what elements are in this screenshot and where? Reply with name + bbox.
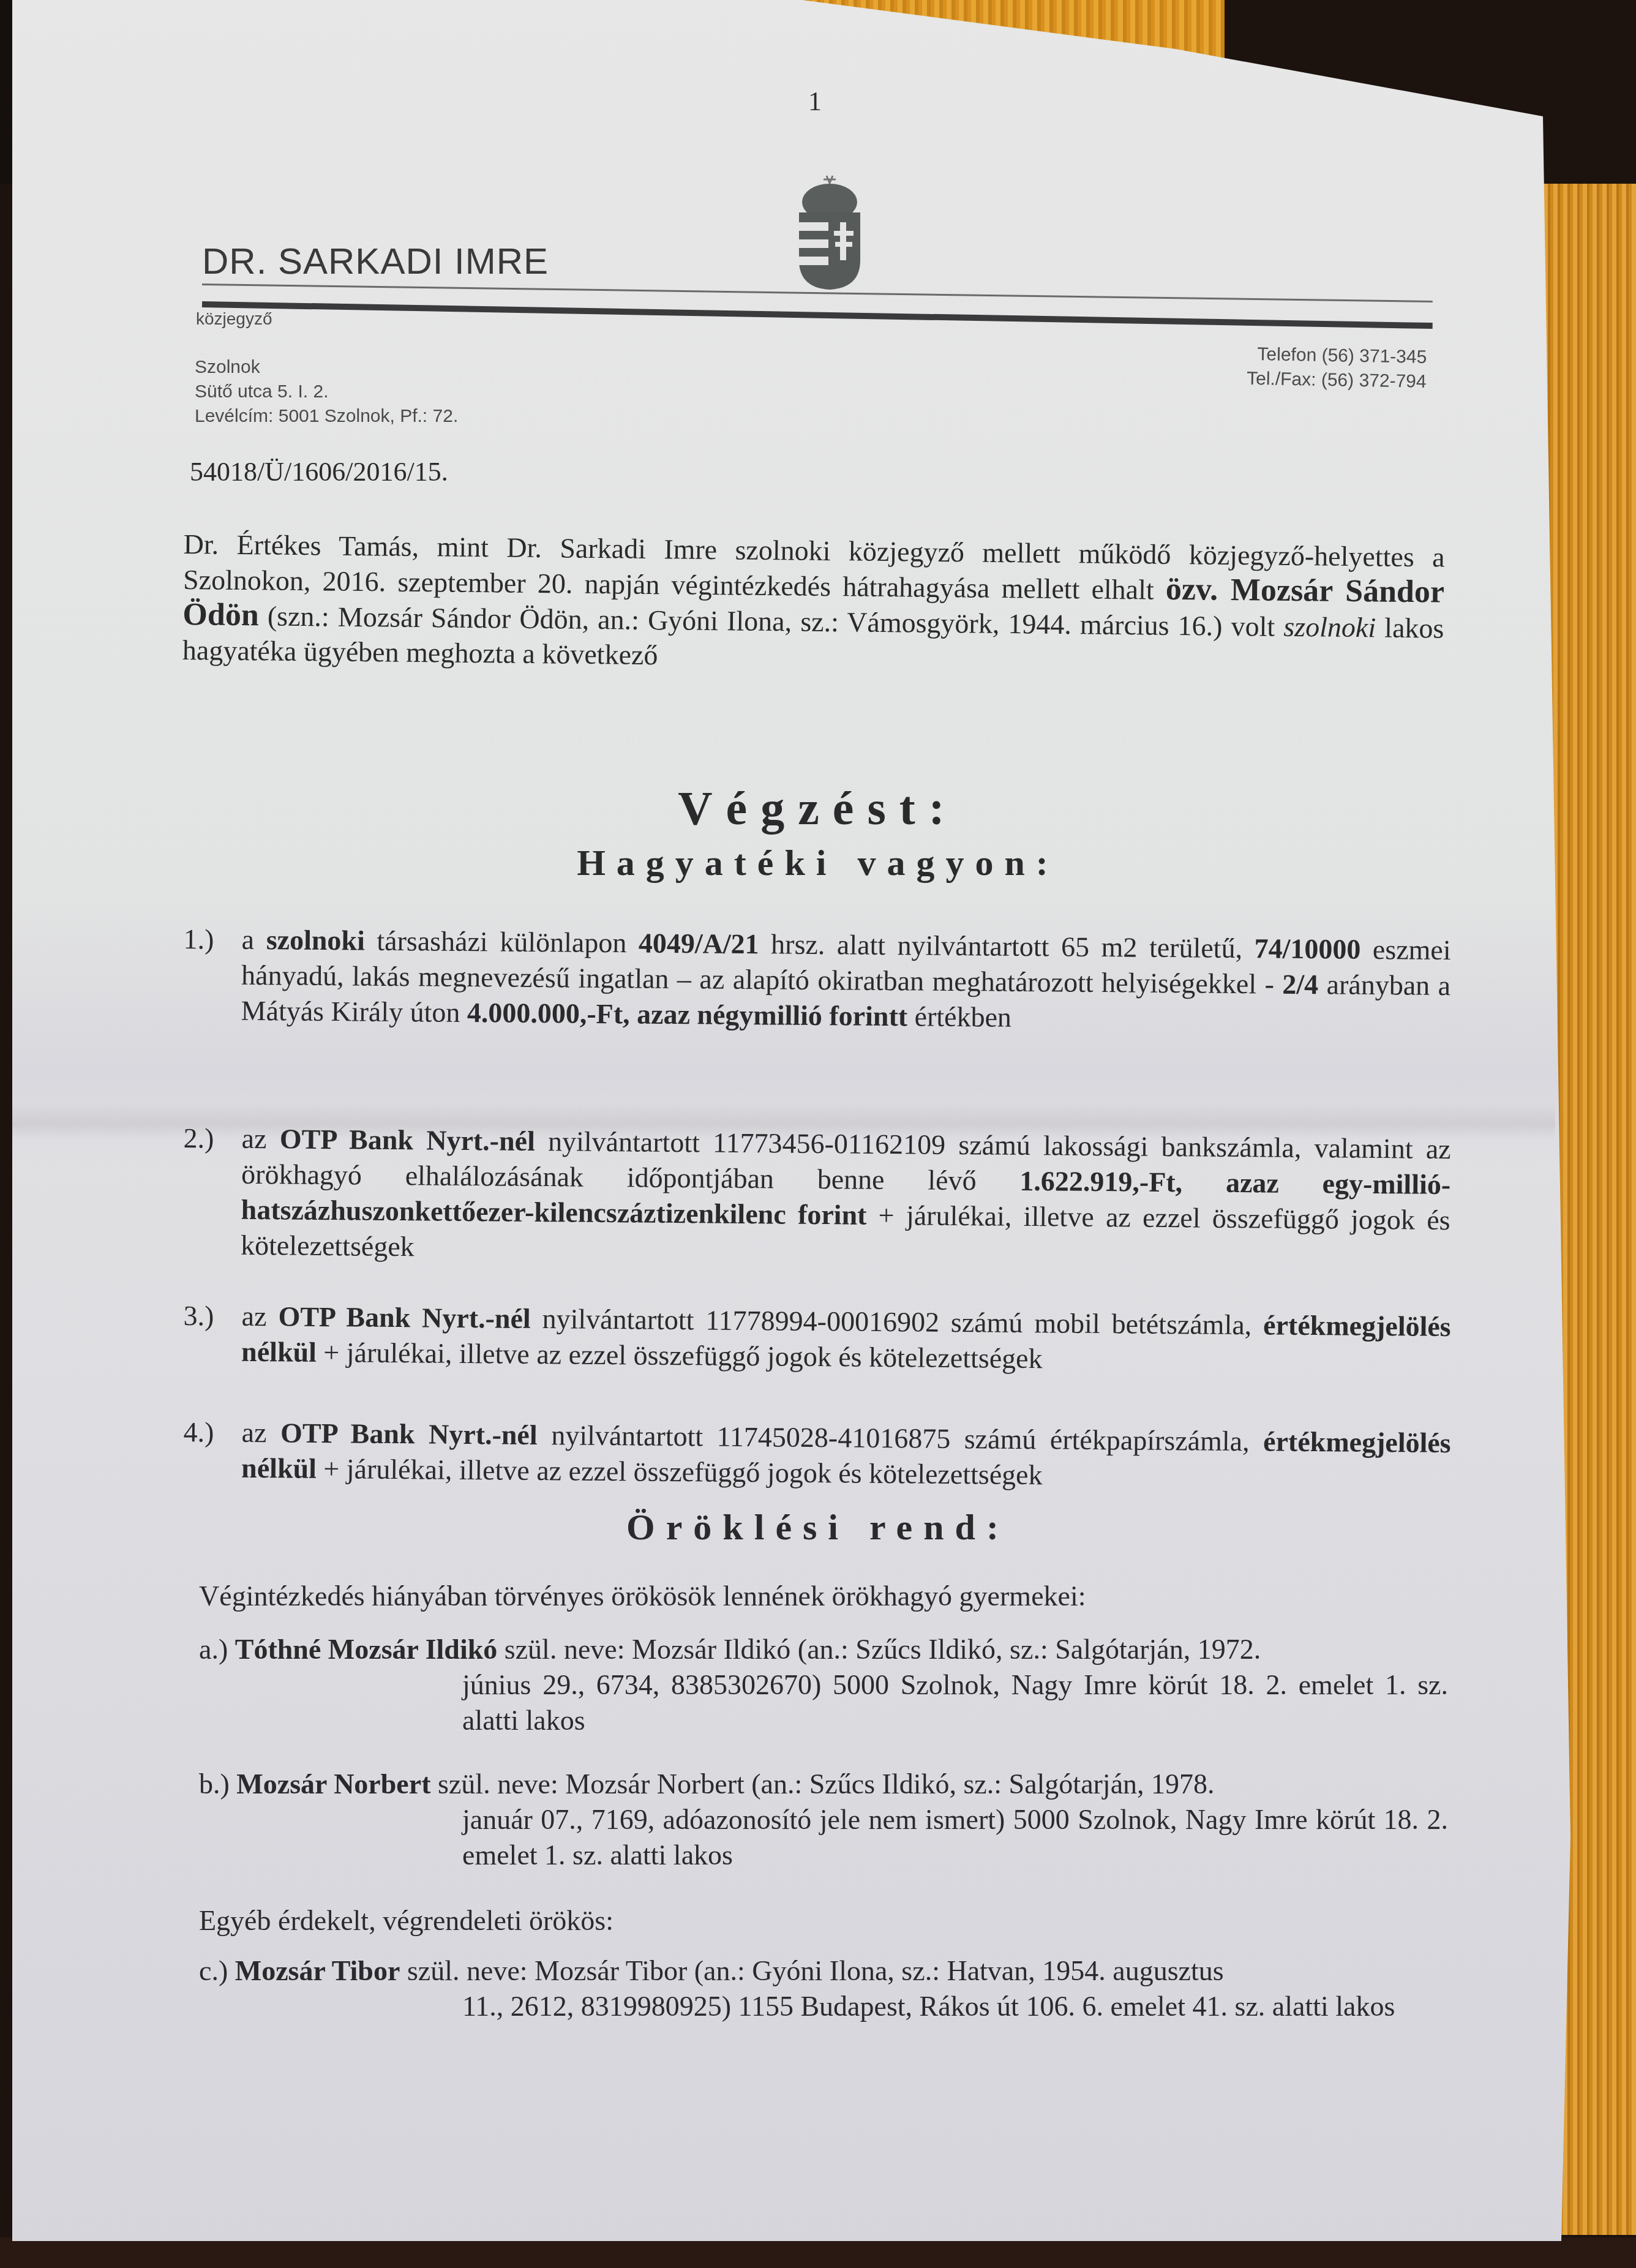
estate-item: 2.) az OTP Bank Nyrt.-nél nyilvántartott… xyxy=(182,1121,1451,1274)
heirs-intro: Végintézkedés hiányában törvényes örökös… xyxy=(199,1580,1086,1612)
item-number: 3.) xyxy=(183,1298,214,1334)
item-body: a szolnoki társasházi különlapon 4049/A/… xyxy=(241,922,1450,1039)
heading-order: Végzést: xyxy=(0,781,1636,836)
page-number: 1 xyxy=(808,86,822,117)
heir-first-line: a.) Tóthné Mozsár Ildikó szül. neve: Moz… xyxy=(199,1632,1448,1667)
item-body: az OTP Bank Nyrt.-nél nyilvántartott 117… xyxy=(241,1299,1451,1380)
address-city: Szolnok xyxy=(195,355,458,380)
estate-item: 3.) az OTP Bank Nyrt.-nél nyilvántartott… xyxy=(183,1298,1451,1380)
coat-of-arms-icon xyxy=(796,175,863,291)
emphasized-text: OTP Bank Nyrt.-nél xyxy=(278,1301,531,1334)
intro-city: szolnoki xyxy=(1283,611,1376,644)
emphasized-text: OTP Bank Nyrt.-nél xyxy=(280,1123,535,1157)
item-body: az OTP Bank Nyrt.-nél nyilvántartott 117… xyxy=(241,1415,1451,1496)
heading-estate: Hagyatéki vagyon: xyxy=(0,842,1636,884)
emphasized-text: 74/10000 xyxy=(1254,933,1360,965)
letterhead-phones: Telefon (56) 371-345 Tel./Fax: (56) 372-… xyxy=(1150,340,1427,394)
item-text: az xyxy=(242,1301,279,1332)
item-text: az xyxy=(242,1417,281,1449)
heir-label: b.) xyxy=(199,1768,230,1800)
item-text: társasházi különlapon xyxy=(365,925,639,959)
heir-details: szül. neve: Mozsár Tibor (an.: Gyóni Ilo… xyxy=(400,1955,1223,1986)
item-text: az xyxy=(242,1123,280,1155)
emphasized-text: 2/4 xyxy=(1282,969,1318,1001)
heir-entry: b.) Mozsár Norbert szül. neve: Mozsár No… xyxy=(199,1767,1448,1873)
document-content: 1 DR. SARKADI IMRE közjegyző Szolnok Süt… xyxy=(0,0,1636,2268)
letterhead-address: Szolnok Sütő utca 5. I. 2. Levélcím: 500… xyxy=(195,355,458,429)
emphasized-text: 4.000.000,-Ft, azaz négymillió forintt xyxy=(467,997,908,1032)
heir-details-rest: 11., 2612, 8319980925) 1155 Budapest, Rá… xyxy=(462,1989,1448,2024)
heir-name: Tóthné Mozsár Ildikó xyxy=(235,1634,498,1665)
other-heirs-intro: Egyéb érdekelt, végrendeleti örökös: xyxy=(199,1904,613,1937)
item-number: 2.) xyxy=(183,1121,214,1156)
heading-succession: Öröklési rend: xyxy=(0,1506,1636,1549)
item-text: a xyxy=(242,924,266,955)
heir-details: szül. neve: Mozsár Norbert (an.: Szűcs I… xyxy=(431,1768,1215,1800)
fax-number: Tel./Fax: (56) 372-794 xyxy=(1150,365,1427,394)
item-text: értékben xyxy=(907,1001,1011,1032)
item-text: + járulékai, illetve az ezzel összefüggő… xyxy=(317,1453,1043,1490)
heir-label: a.) xyxy=(199,1634,228,1665)
item-number: 4.) xyxy=(183,1414,214,1450)
estate-item: 1.) a szolnoki társasházi különlapon 404… xyxy=(182,922,1450,1039)
item-text: nyilvántartott 11778994-00016902 számú m… xyxy=(531,1303,1264,1340)
address-mailing: Levélcím: 5001 Szolnok, Pf.: 72. xyxy=(195,404,458,429)
heir-name: Mozsár Tibor xyxy=(235,1955,400,1986)
item-text: hrsz. alatt nyilvántartott 65 m2 terület… xyxy=(759,928,1254,964)
item-number: 1.) xyxy=(183,922,214,957)
document-reference: 54018/Ü/1606/2016/15. xyxy=(190,456,448,487)
heir-entry: c.) Mozsár Tibor szül. neve: Mozsár Tibo… xyxy=(199,1953,1448,2024)
intro-text: (szn.: Mozsár Sándor Ödön, an.: Gyóni Il… xyxy=(259,600,1284,642)
heir-details-rest: január 07., 7169, adóazonosító jele nem … xyxy=(462,1802,1448,1873)
emphasized-text: OTP Bank Nyrt.-nél xyxy=(280,1417,538,1451)
heir-first-line: b.) Mozsár Norbert szül. neve: Mozsár No… xyxy=(199,1767,1448,1802)
letterhead-rule-thick xyxy=(202,301,1433,329)
estate-item: 4.) az OTP Bank Nyrt.-nél nyilvántartott… xyxy=(183,1414,1451,1496)
heir-entry: a.) Tóthné Mozsár Ildikó szül. neve: Moz… xyxy=(199,1632,1448,1738)
heir-first-line: c.) Mozsár Tibor szül. neve: Mozsár Tibo… xyxy=(199,1953,1448,1989)
item-body: az OTP Bank Nyrt.-nél nyilvántartott 117… xyxy=(241,1121,1451,1274)
emphasized-text: szolnoki xyxy=(266,924,365,956)
heir-details-rest: június 29., 6734, 8385302670) 5000 Szoln… xyxy=(462,1667,1448,1738)
emphasized-text: 4049/A/21 xyxy=(639,927,759,959)
item-text: nyilvántartott 11745028-41016875 számú é… xyxy=(537,1419,1263,1457)
heir-name: Mozsár Norbert xyxy=(236,1768,430,1800)
address-street: Sütő utca 5. I. 2. xyxy=(195,380,458,404)
intro-paragraph: Dr. Értékes Tamás, mint Dr. Sarkadi Imre… xyxy=(182,527,1445,681)
heir-details: szül. neve: Mozsár Ildikó (an.: Szűcs Il… xyxy=(497,1634,1261,1665)
heir-label: c.) xyxy=(199,1955,228,1986)
letterhead-title: közjegyző xyxy=(196,309,272,329)
item-text: + járulékai, illetve az ezzel összefüggő… xyxy=(317,1337,1043,1374)
letterhead-name: DR. SARKADI IMRE xyxy=(202,240,549,282)
